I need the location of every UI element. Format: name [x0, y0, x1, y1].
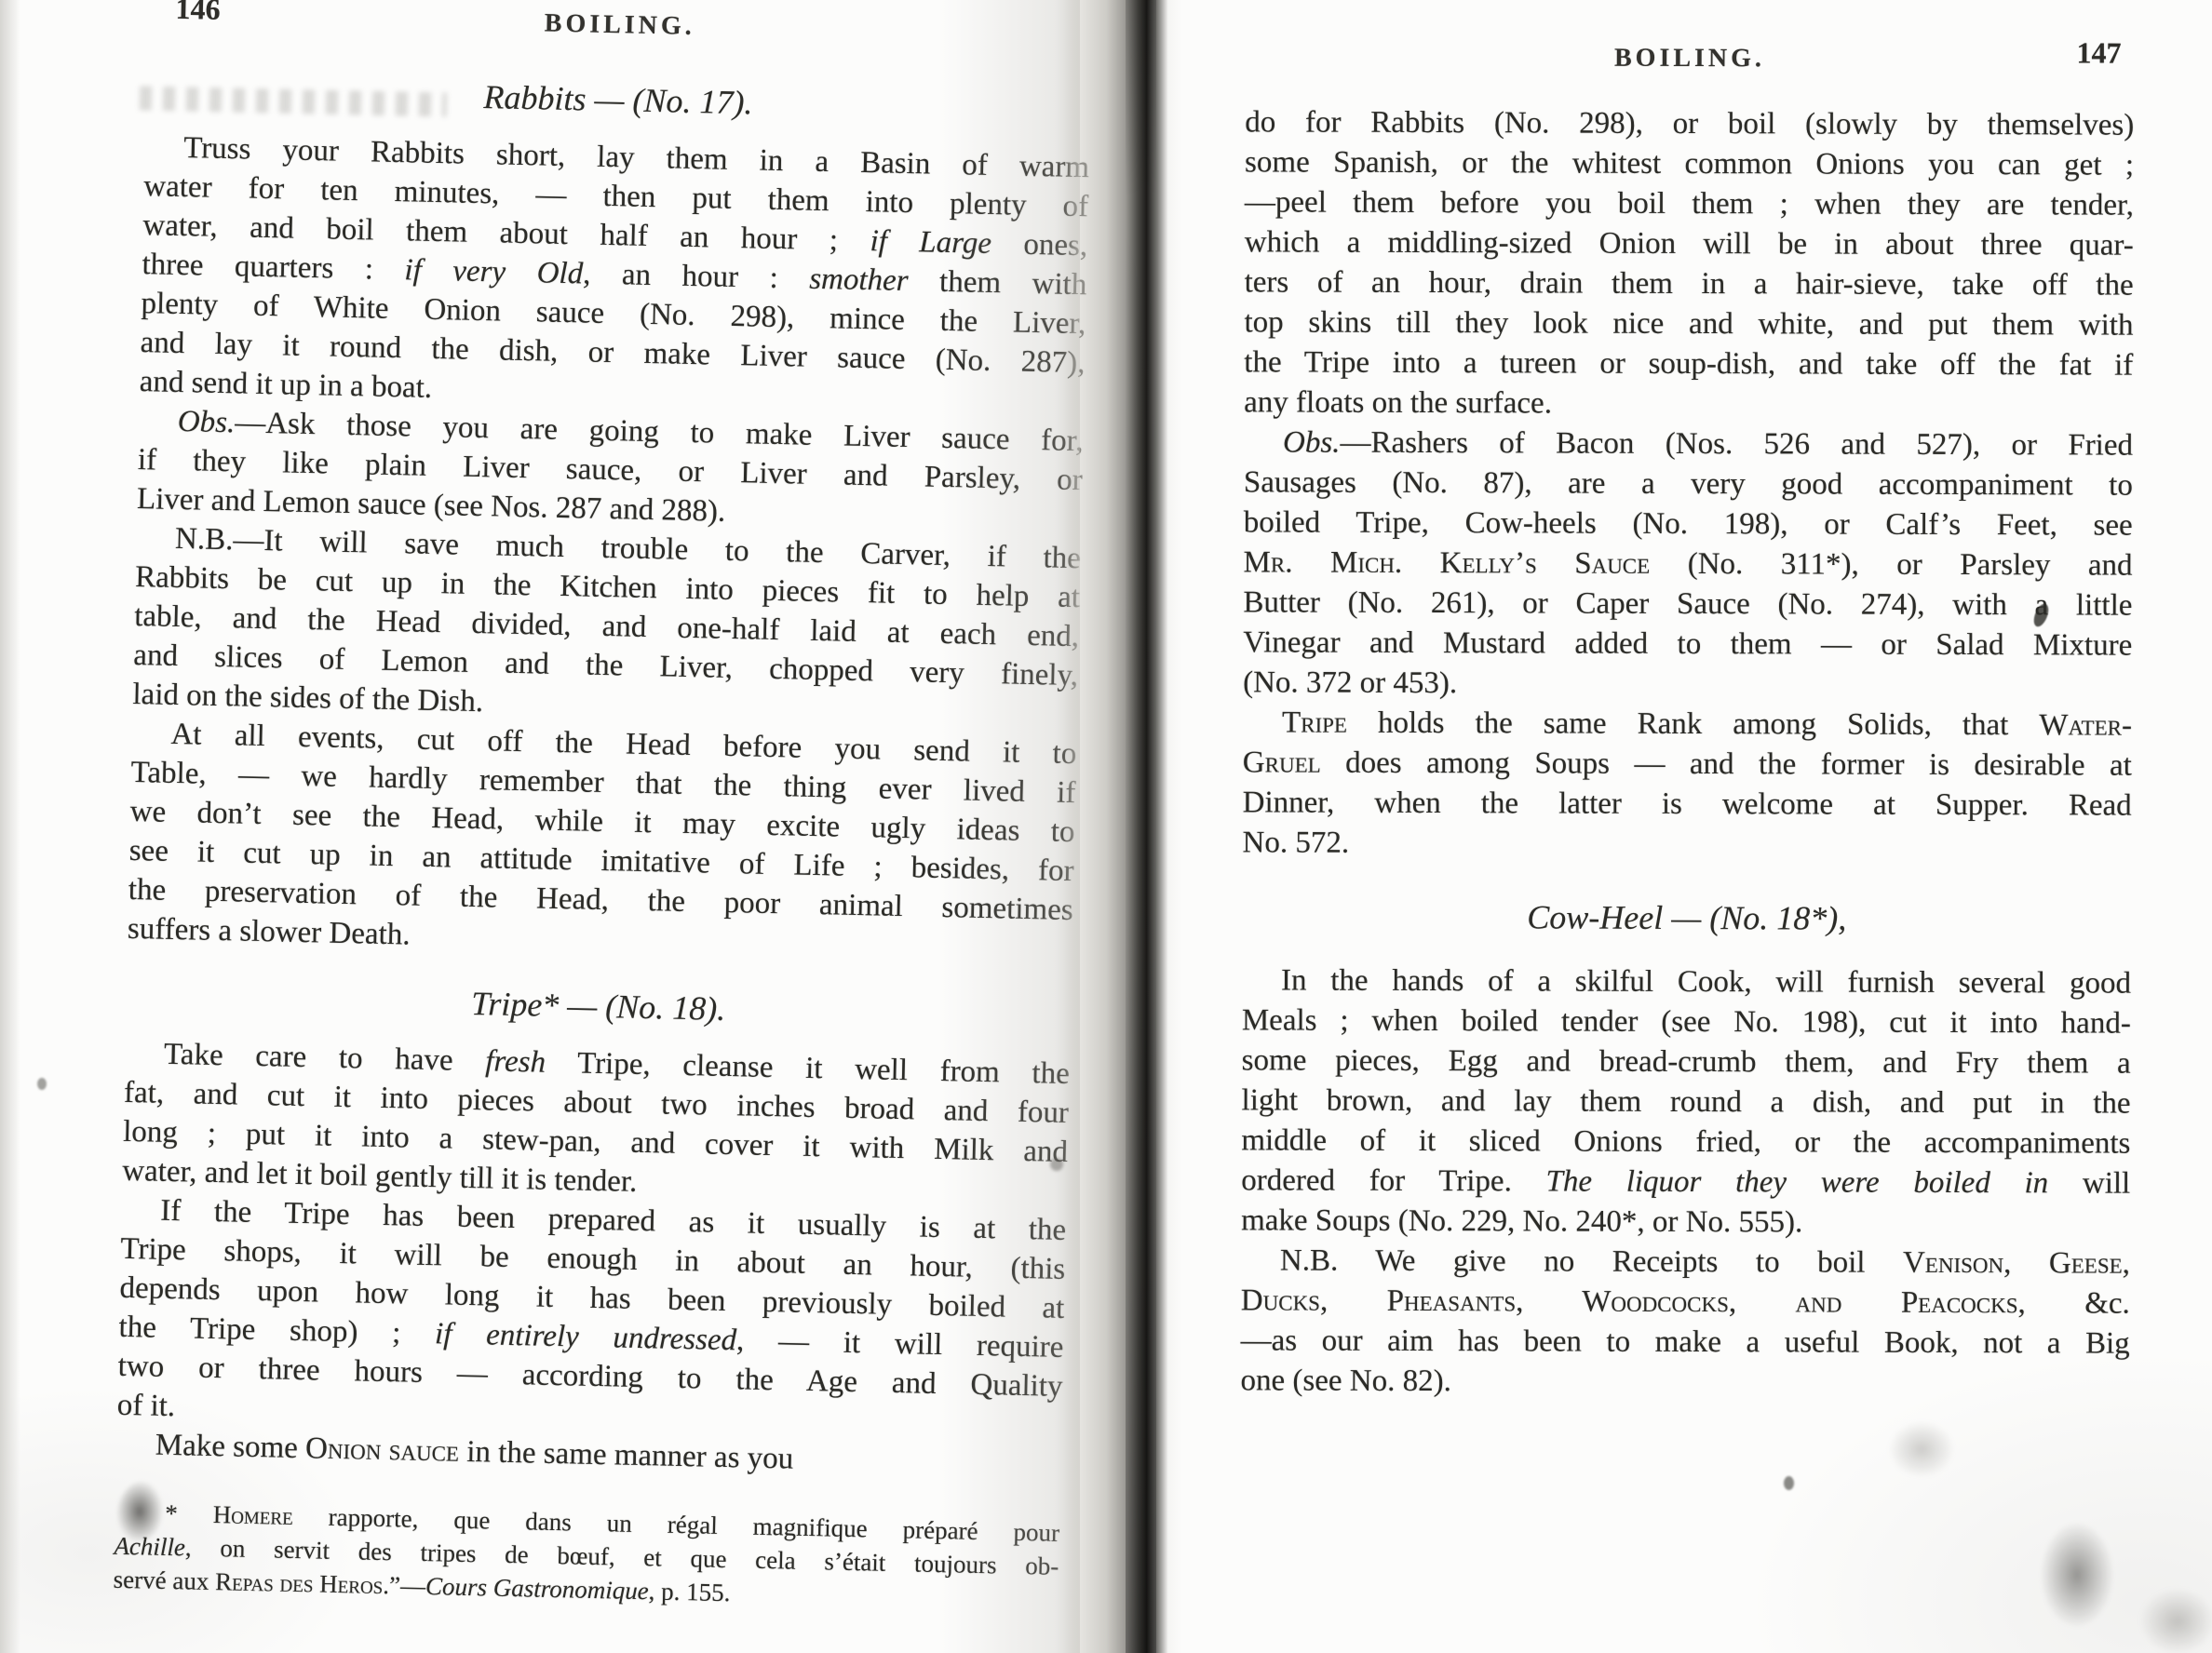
page-edge-left — [0, 0, 20, 1653]
text-line: In the hands of a skilful Cook, will fur… — [1242, 961, 2131, 1003]
text-line: Tripe holds the same Rank among Solids, … — [1243, 703, 2132, 746]
text-line: Obs.—Rashers of Bacon (Nos. 526 and 527)… — [1244, 423, 2133, 465]
text-line: (No. 372 or 453). — [1243, 663, 2132, 706]
text-line: —as our aim has been to make a useful Bo… — [1241, 1321, 2130, 1364]
paragraph: At all events, cut off the Head before y… — [128, 714, 1077, 969]
text-line: Dinner, when the latter is welcome at Su… — [1243, 783, 2132, 826]
paragraph: N.B.—It will save much trouble to the Ca… — [132, 518, 1081, 734]
book-scan: 146 BOILING. Rabbits — (No. 17).Truss yo… — [0, 0, 2212, 1653]
paragraph: In the hands of a skilful Cook, will fur… — [1241, 961, 2131, 1243]
page-number: 146 — [175, 0, 221, 29]
text-line: Ducks, Pheasants, Woodcocks, and Peacock… — [1241, 1281, 2130, 1324]
text-line: which a middling-sized Onion will be in … — [1245, 222, 2134, 265]
stain — [1784, 1476, 1794, 1490]
text-line: boiled Tripe, Cow-heels (No. 198), or Ca… — [1244, 503, 2133, 545]
text-line: —peel them before you boil them ; when t… — [1245, 182, 2134, 225]
stain — [37, 1078, 47, 1090]
right-page-header: BOILING. 147 — [1245, 35, 2134, 85]
stain — [1888, 1420, 1955, 1478]
text-line: any floats on the surface. — [1244, 383, 2133, 425]
text-line: top skins till they look nice and white,… — [1244, 302, 2133, 345]
text-line: make Soups (No. 229, No. 240*, or No. 55… — [1241, 1201, 2130, 1243]
text-line: some pieces, Egg and bread-crumb them, a… — [1242, 1041, 2131, 1083]
recipe-heading: Cow-Heel — (No. 18*), — [1242, 896, 2131, 939]
right-page: BOILING. 147 do for Rabbits (No. 298), o… — [1240, 35, 2134, 1404]
paragraph: Obs.—Rashers of Bacon (Nos. 526 and 527)… — [1243, 423, 2133, 706]
text-line: No. 572. — [1242, 823, 2131, 866]
text-line: middle of it sliced Onions fried, or the… — [1241, 1121, 2130, 1163]
stain — [2041, 1523, 2113, 1627]
paragraph: If the Tripe has been prepared as it usu… — [116, 1190, 1066, 1445]
paragraph: N.B. We give no Receipts to boil Venison… — [1240, 1241, 2130, 1404]
right-page-content: do for Rabbits (No. 298), or boil (slowl… — [1240, 102, 2134, 1404]
text-line: ordered for Tripe. The liquor they were … — [1241, 1161, 2130, 1203]
running-header: BOILING. — [1614, 44, 1765, 74]
paragraph: Tripe holds the same Rank among Solids, … — [1242, 703, 2132, 866]
text-line: the Tripe into a tureen or soup-dish, an… — [1244, 343, 2133, 385]
text-line: do for Rabbits (No. 298), or boil (slowl… — [1245, 102, 2134, 145]
text-line: Butter (No. 261), or Caper Sauce (No. 27… — [1243, 583, 2132, 625]
text-line: Gruel does among Soups — and the former … — [1243, 743, 2132, 786]
recipe-heading: Tripe* — (No. 18). — [126, 976, 1072, 1036]
text-line: one (see No. 82). — [1240, 1361, 2129, 1404]
text-line: Mr. Mich. Kelly’s Sauce (No. 311*), or P… — [1244, 543, 2133, 585]
text-line: ters of an hour, drain them in a hair-si… — [1245, 262, 2134, 305]
text-line: Sausages (No. 87), are a very good accom… — [1244, 463, 2133, 505]
footnote: * Homere rapporte, que dans un régal mag… — [113, 1496, 1059, 1617]
text-line: light brown, and lay them round a dish, … — [1241, 1081, 2130, 1123]
stain — [2139, 1588, 2212, 1653]
paragraph: do for Rabbits (No. 298), or boil (slowl… — [1244, 102, 2134, 425]
running-header: BOILING. — [545, 8, 696, 41]
text-line: N.B. We give no Receipts to boil Venison… — [1241, 1241, 2130, 1283]
page-number: 147 — [2076, 33, 2121, 73]
book-gutter-shadow — [1063, 0, 1182, 1653]
text-line: Meals ; when boiled tender (see No. 198)… — [1242, 1001, 2131, 1043]
text-line: Vinegar and Mustard added to them — or S… — [1243, 623, 2132, 665]
paragraph: Take care to have fresh Tripe, cleanse i… — [122, 1034, 1070, 1211]
text-line: some Spanish, or the whitest common Onio… — [1245, 142, 2134, 185]
page-curvature-shadow — [940, 0, 1080, 1653]
